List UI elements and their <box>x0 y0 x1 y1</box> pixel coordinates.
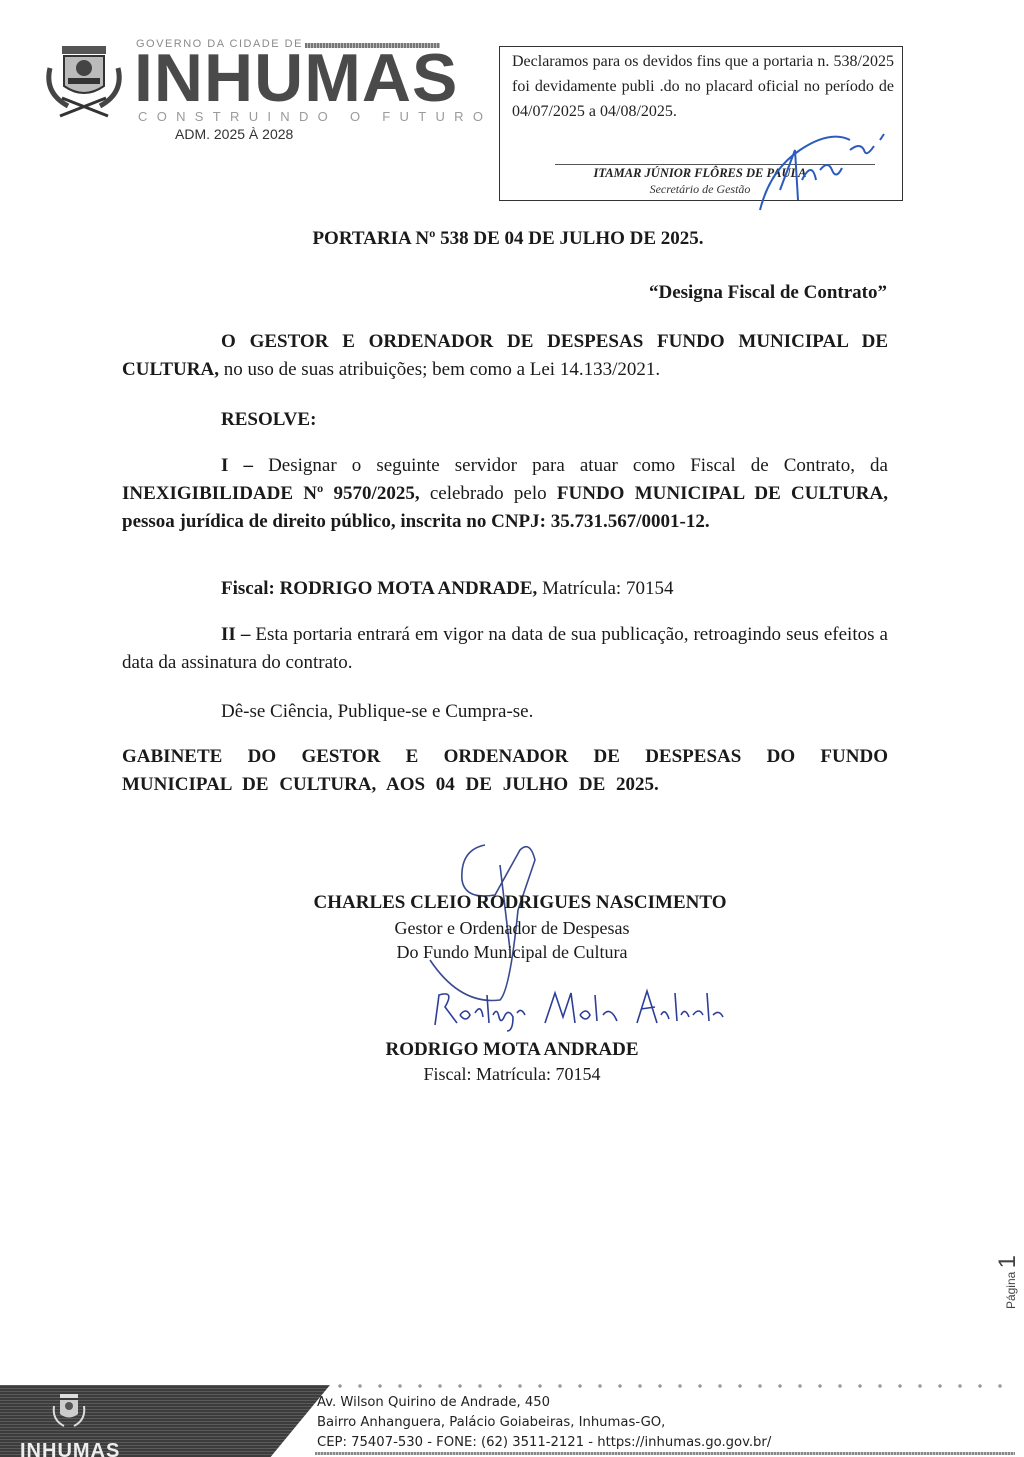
signatory-2-name: RODRIGO MOTA ANDRADE <box>0 1039 1024 1061</box>
signatory-1-role: Gestor e Ordenador de Despesas <box>0 918 1024 939</box>
signatory-1-name: CHARLES CLEIO RODRIGUES NASCIMENTO <box>8 892 1024 914</box>
document-title: PORTARIA Nº 538 DE 04 DE JULHO DE 2025. <box>0 228 1024 250</box>
administration-period: ADM. 2025 À 2028 <box>175 126 293 142</box>
signatory-1-role-2: Do Fundo Municipal de Cultura <box>0 942 1024 963</box>
municipal-coat-of-arms-icon <box>50 1392 88 1432</box>
municipal-coat-of-arms-icon <box>40 38 128 122</box>
footer-address: Av. Wilson Quirino de Andrade, 450 Bairr… <box>317 1393 771 1453</box>
document-subject: “Designa Fiscal de Contrato” <box>649 282 887 304</box>
footer-bottom-rule <box>315 1452 1015 1455</box>
city-name-logo: INHUMAS <box>134 44 458 112</box>
resolve-heading: RESOLVE: <box>221 406 987 434</box>
handwritten-signature-icon <box>405 985 725 1040</box>
signatory-2-role: Fiscal: Matrícula: 70154 <box>0 1064 1024 1085</box>
article-i-paragraph: I – Designar o seguinte servidor para at… <box>122 452 888 536</box>
fiscal-designation: Fiscal: RODRIGO MOTA ANDRADE, Matrícula:… <box>221 575 987 603</box>
article-ii-paragraph: II – Esta portaria entrará em vigor na d… <box>122 621 888 677</box>
page-number: Página 1 <box>988 1248 1024 1328</box>
footer-city-name: INHUMAS <box>20 1440 120 1457</box>
preamble-paragraph: O GESTOR E ORDENADOR DE DESPESAS FUNDO M… <box>122 328 888 384</box>
handwritten-signature-icon <box>740 110 900 220</box>
footer-contact-link[interactable]: CEP: 75407-530 - FONE: (62) 3511-2121 - … <box>317 1433 771 1453</box>
closing-formula: Dê-se Ciência, Publique-se e Cumpra-se. <box>221 698 987 726</box>
footer-dotted-divider <box>330 1383 1010 1389</box>
cabinet-statement: GABINETE DO GESTOR E ORDENADOR DE DESPES… <box>122 743 888 799</box>
slogan: CONSTRUINDO O FUTURO <box>138 109 492 124</box>
